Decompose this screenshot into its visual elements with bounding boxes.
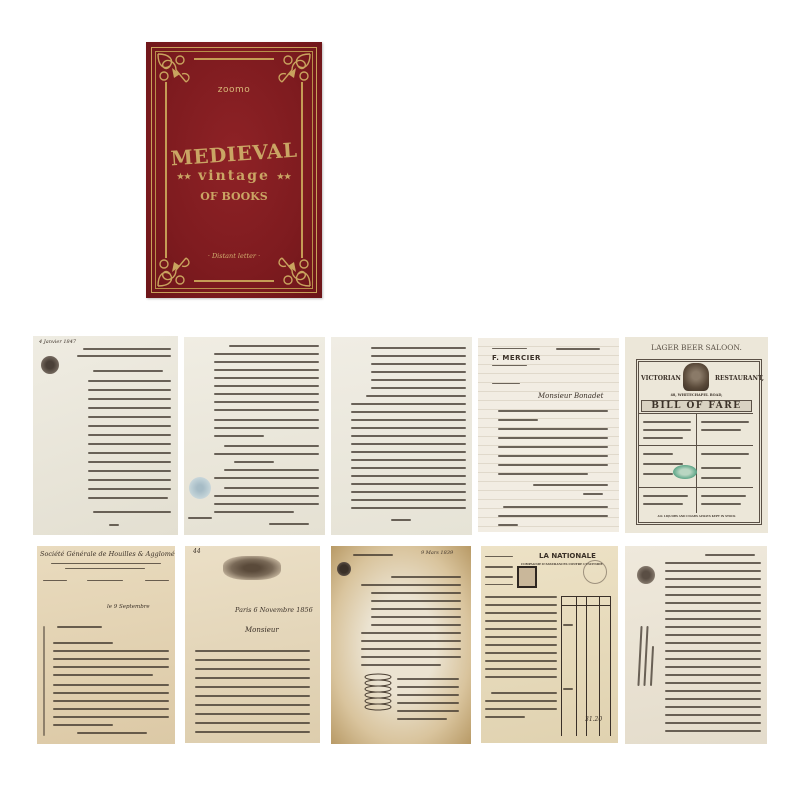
portrait-engraving-icon — [683, 363, 709, 391]
letter-date: le 9 Septembre — [107, 604, 150, 610]
postmark-icon — [583, 560, 607, 584]
document-card-9: LA NATIONALE COMPAGNIE D'ASSURANCES CONT… — [481, 546, 618, 743]
document-card-2 — [184, 337, 325, 535]
cover-title-of-books: OF BOOKS — [146, 190, 322, 203]
document-card-10 — [625, 546, 767, 744]
letter-salutation: Monsieur — [245, 626, 279, 634]
seal-icon — [337, 562, 351, 576]
document-card-7: Paris 6 Novembre 1856 Monsieur 44 — [185, 546, 320, 743]
star-icon: ★ — [277, 171, 284, 181]
menu-left-heading: VICTORIAN — [641, 375, 681, 382]
letterhead-name: F. MERCIER — [492, 354, 541, 362]
cover-title-vintage-text: vintage — [198, 168, 270, 184]
coil-sketch-icon — [363, 672, 393, 718]
ledger-total: 31.20 — [585, 716, 602, 723]
menu-address: 48, WHITECHAPEL ROAD, — [625, 393, 768, 397]
menu-title: BILL OF FARE — [641, 400, 752, 412]
document-card-3 — [331, 337, 472, 535]
cover-rule-top — [194, 58, 274, 60]
engraved-ornament-icon — [223, 556, 281, 580]
company-letterhead: Société Générale de Houilles & Aggloméré… — [40, 550, 175, 558]
green-oval-stamp-icon — [673, 465, 697, 479]
book-cover: zoomo MEDIEVAL ★★ vintage ★★ OF BOOKS · … — [146, 42, 322, 298]
star-icon: ★ — [184, 171, 191, 181]
seal-icon — [41, 356, 59, 374]
document-card-5: LAGER BEER SALOON. VICTORIAN RESTAURANT,… — [625, 337, 768, 533]
page-number: 44 — [193, 548, 201, 555]
document-card-1: 4 Janvier 1847 — [33, 336, 178, 535]
menu-header: LAGER BEER SALOON. — [625, 343, 768, 352]
ledger-header: LA NATIONALE — [539, 552, 596, 560]
letter-salutation: Monsieur Bonadet — [538, 392, 603, 400]
cover-brand: zoomo — [146, 85, 322, 95]
seal-icon — [637, 566, 655, 584]
star-icon: ★ — [284, 171, 291, 181]
cover-rule-bottom — [194, 280, 274, 282]
star-icon: ★ — [177, 171, 184, 181]
letter-date: Paris 6 Novembre 1856 — [235, 606, 313, 614]
revenue-stamp-icon — [517, 566, 537, 588]
blue-stamp-icon — [189, 477, 211, 499]
manuscript-date: 9 Mars 1839 — [421, 550, 453, 556]
document-card-4: F. MERCIER Monsieur Bonadet — [478, 338, 619, 532]
cover-subtitle: · Distant letter · — [146, 252, 322, 260]
menu-right-heading: RESTAURANT, — [715, 375, 764, 382]
document-card-8: 9 Mars 1839 — [331, 546, 471, 744]
menu-footer: ALL LIQUORS AND CIGARS ALWAYS KEPT IN ST… — [625, 515, 768, 518]
cover-title-vintage: ★★ vintage ★★ — [146, 168, 322, 184]
document-card-6: Société Générale de Houilles & Aggloméré… — [37, 546, 175, 744]
doc-date: 4 Janvier 1847 — [39, 339, 76, 345]
